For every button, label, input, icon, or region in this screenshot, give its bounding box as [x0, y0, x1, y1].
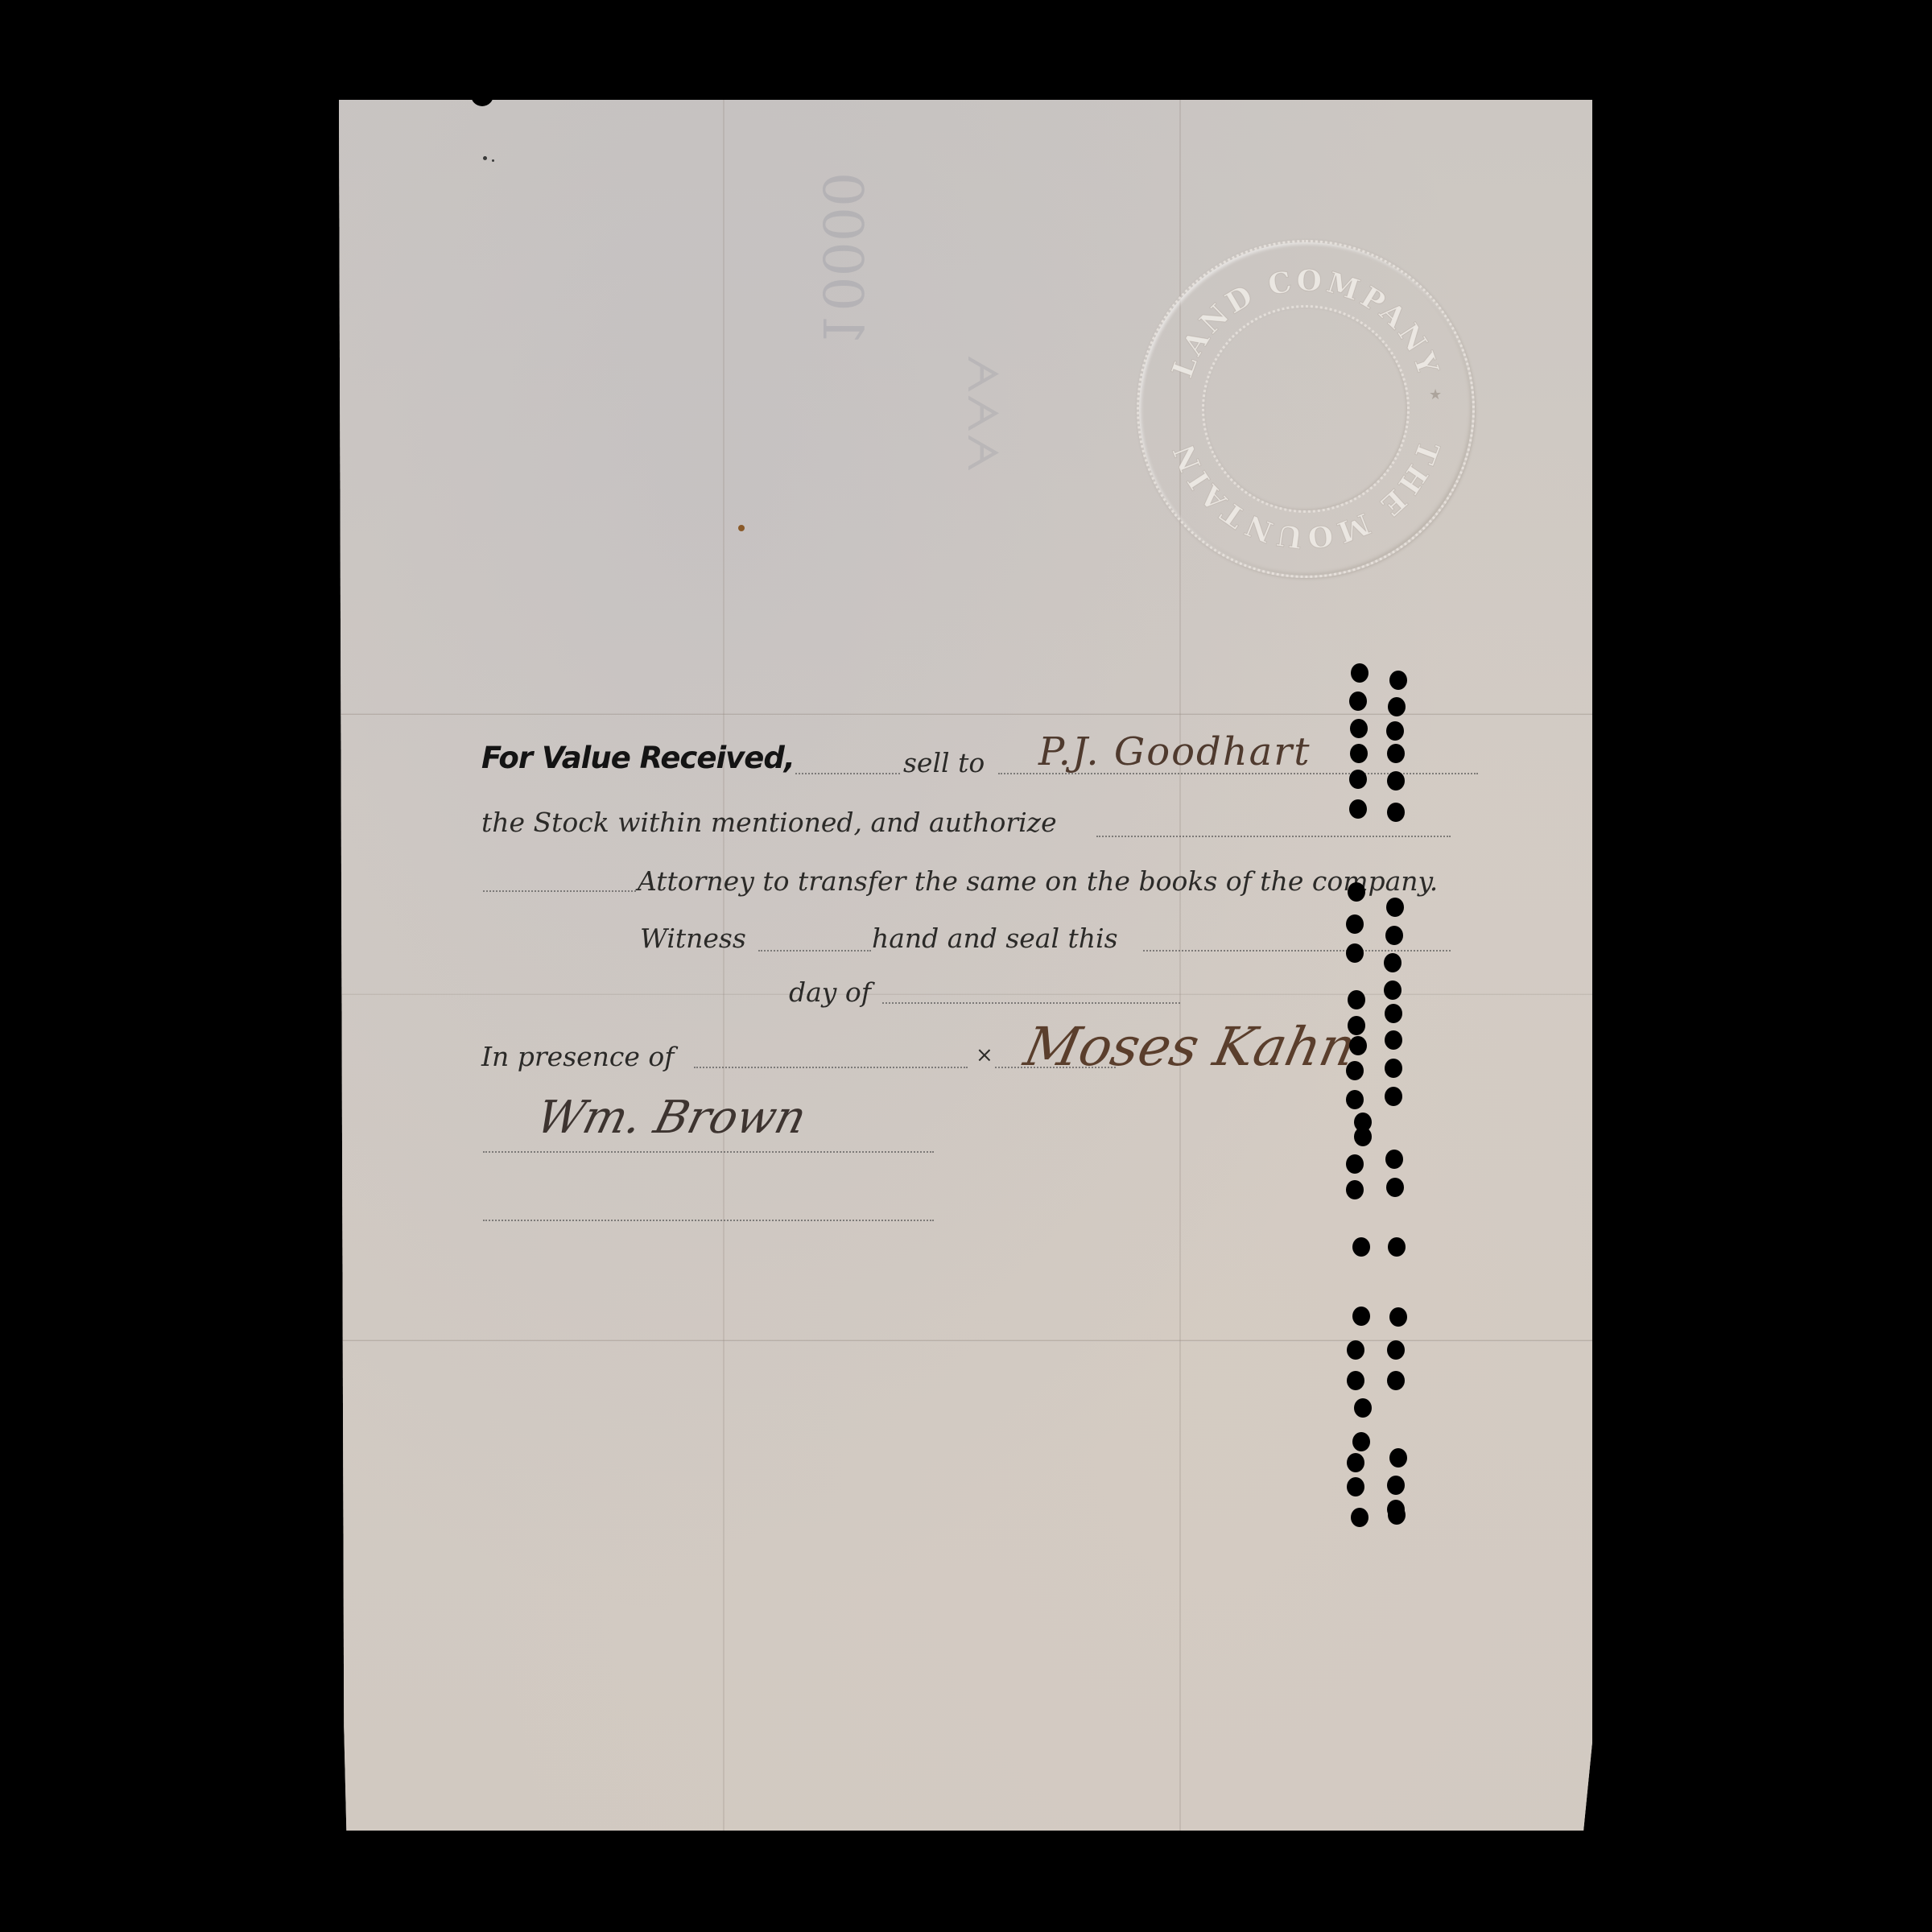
buyer-name-handwritten: P.J. Goodhart — [1038, 729, 1311, 774]
month-year-field[interactable] — [882, 1002, 1180, 1004]
bleed-through-text: ᗅᗅᗅ — [957, 354, 1006, 473]
witness-pronoun-field[interactable] — [758, 950, 871, 952]
witness-label: Witness — [640, 923, 746, 954]
fold-line-horizontal — [339, 1340, 1592, 1342]
stock-authorize-text: the Stock within mentioned, and authoriz… — [481, 807, 1057, 838]
transfer-heading: For Value Received, — [481, 741, 795, 775]
fold-line-vertical — [723, 100, 724, 1831]
fold-line-horizontal — [339, 993, 1592, 996]
day-number-field[interactable] — [1143, 950, 1451, 952]
dust-speck — [492, 159, 494, 162]
day-of-label: day of — [789, 976, 871, 1008]
bleed-through-number: 10000 — [810, 172, 873, 346]
witness-signature-line[interactable] — [483, 1151, 934, 1153]
signer-mark: × — [976, 1043, 993, 1067]
stain-speck — [738, 525, 745, 531]
svg-text:THE MOUNTAIN: THE MOUNTAIN — [1166, 436, 1446, 555]
fold-line-horizontal — [339, 713, 1592, 716]
in-presence-label: In presence of — [481, 1041, 675, 1072]
seal-text-ring: THE MOUNTAIN LAND COMPANY ★ — [1139, 242, 1472, 576]
witness-signature: Wm. Brown — [531, 1092, 811, 1144]
attorney-transfer-text: Attorney to transfer the same on the boo… — [638, 865, 1438, 897]
blank-line-seller[interactable] — [795, 773, 900, 774]
svg-text:LAND COMPANY: LAND COMPANY — [1166, 263, 1446, 382]
svg-text:★: ★ — [1429, 386, 1442, 403]
second-witness-line[interactable] — [483, 1220, 934, 1221]
hand-seal-label: hand and seal this — [872, 923, 1118, 954]
signer-signature: Moses Kahn — [1019, 1016, 1361, 1078]
attorney-name-field[interactable] — [1096, 836, 1451, 837]
sell-to-label: sell to — [903, 747, 985, 778]
dust-speck — [483, 156, 487, 160]
presence-field[interactable] — [694, 1067, 968, 1068]
embossed-seal: THE MOUNTAIN LAND COMPANY ★ — [1137, 240, 1475, 578]
attorney-prefix-field[interactable] — [483, 890, 636, 892]
